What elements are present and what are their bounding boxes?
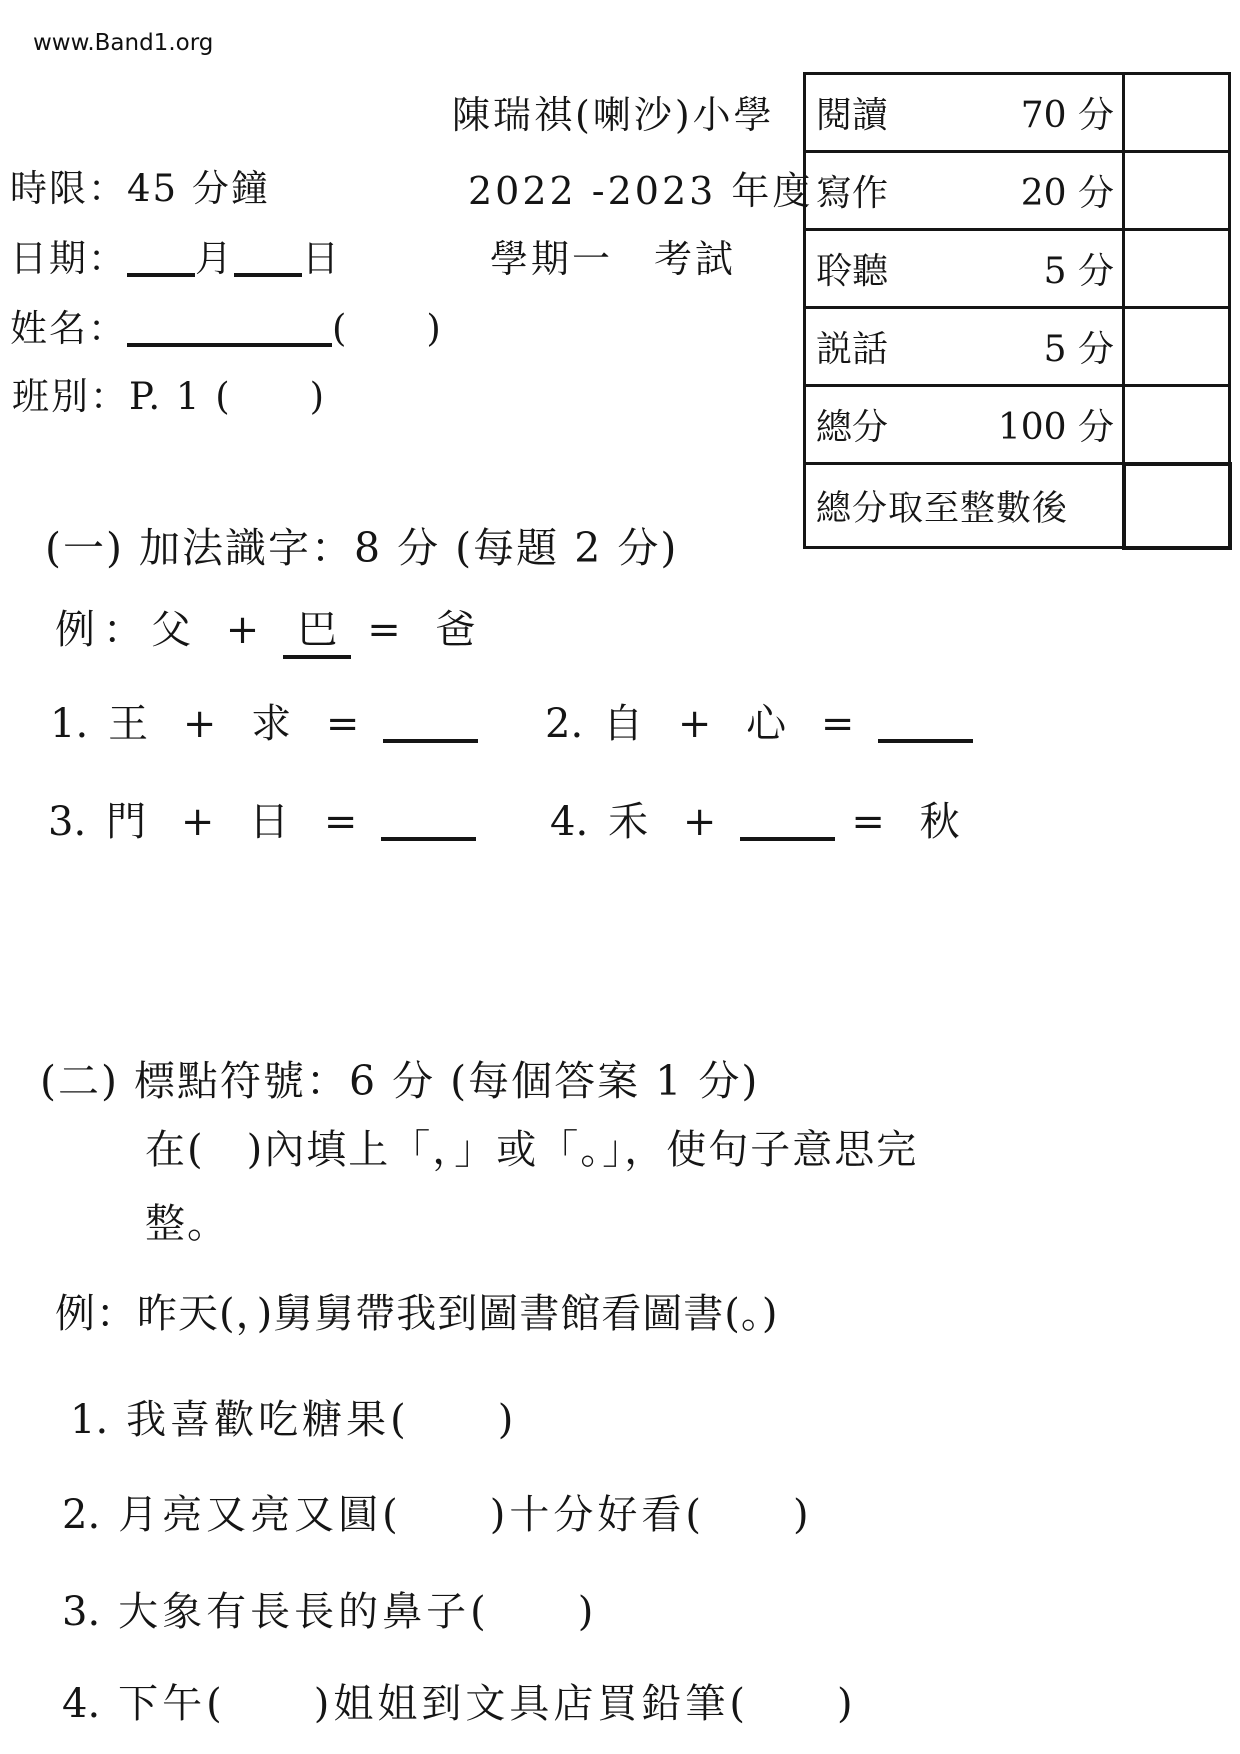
date-line: 日期：月日 — [10, 228, 341, 282]
section2-instruction-line2: 整。 — [145, 1192, 229, 1249]
score-max: 20 分 — [1021, 165, 1114, 216]
answer-blank — [740, 801, 835, 841]
score-max: 5 分 — [1044, 243, 1114, 294]
example-answer: 巴 — [297, 607, 337, 653]
score-footer-row: 總分取至整數後 — [805, 464, 1230, 548]
name-label: 姓名： — [10, 307, 127, 350]
score-table: 閱讀 70 分 寫作 20 分 聆聽 5 分 説話 5 分 — [803, 72, 1232, 550]
s2-question-2: 2.月亮又亮又圓( )十分好看( ) — [62, 1483, 813, 1540]
score-max: 5 分 — [1044, 321, 1114, 372]
question-text: 大象有長長的鼻子( ) — [118, 1589, 597, 1635]
school-year: 2022 -2023 年度 — [468, 160, 813, 215]
term-exam: 學期一 考試 — [490, 228, 736, 283]
score-label: 閱讀 — [816, 87, 888, 138]
score-entry-box — [1124, 152, 1230, 230]
score-row-writing: 寫作 20 分 — [805, 152, 1230, 230]
date-label: 日期： — [10, 237, 127, 280]
question-text: 禾 + — [608, 799, 724, 845]
rounded-total-box — [1124, 464, 1230, 548]
question-number: 2. — [62, 1492, 100, 1538]
score-entry-box — [1124, 308, 1230, 386]
school-name: 陳瑞祺(喇沙)小學 — [452, 84, 775, 139]
score-row-reading: 閱讀 70 分 — [805, 74, 1230, 152]
score-label: 説話 — [816, 321, 888, 372]
s1-question-4: 4.禾 += 秋 — [550, 790, 968, 847]
score-label: 聆聽 — [816, 243, 888, 294]
answer-blank — [383, 703, 478, 743]
example-post: = 爸 — [367, 607, 483, 653]
score-entry-box — [1124, 74, 1230, 152]
question-number: 3. — [48, 799, 86, 845]
score-row-total: 總分 100 分 — [805, 386, 1230, 464]
s2-question-3: 3.大象有長長的鼻子( ) — [62, 1580, 597, 1637]
example-pre: 例：父 + — [55, 607, 267, 653]
section2-instruction-line1: 在( )內填上「，」或「。」，使句子意思完 — [145, 1118, 918, 1175]
score-row-listening: 聆聽 5 分 — [805, 230, 1230, 308]
score-label: 總分 — [816, 399, 888, 450]
date-month-label: 月 — [195, 237, 234, 280]
s2-question-4: 4.下午( )姐姐到文具店買鉛筆( ) — [62, 1672, 857, 1729]
section2-heading: (二) 標點符號：6 分 (每個答案 1 分) — [40, 1048, 759, 1107]
question-number: 1. — [50, 701, 88, 747]
score-max: 70 分 — [1021, 87, 1114, 138]
date-month-blank — [127, 237, 195, 277]
score-max: 100 分 — [998, 399, 1114, 450]
example-answer-blank: 巴 — [283, 598, 351, 659]
question-text: 下午( )姐姐到文具店買鉛筆( ) — [118, 1681, 856, 1727]
name-line: 姓名：( ) — [10, 298, 443, 352]
name-paren: ( ) — [332, 307, 443, 350]
question-number: 4. — [62, 1681, 100, 1727]
s1-question-2: 2.自 + 心 = — [545, 692, 989, 749]
date-day-label: 日 — [302, 237, 341, 280]
date-day-blank — [234, 237, 302, 277]
score-entry-box — [1124, 230, 1230, 308]
s1-question-1: 1.王 + 求 = — [50, 692, 494, 749]
question-text: 門 + 日 = — [106, 799, 365, 845]
class-line: 班別：P. 1 ( ) — [12, 366, 326, 420]
time-limit-line: 時限：45 分鐘 — [10, 158, 270, 212]
question-number: 3. — [62, 1589, 100, 1635]
question-number: 1. — [70, 1397, 108, 1443]
question-text: 我喜歡吃糖果( ) — [126, 1397, 517, 1443]
question-number: 2. — [545, 701, 583, 747]
score-footer-label: 總分取至整數後 — [805, 464, 1124, 548]
answer-blank — [381, 801, 476, 841]
answer-blank — [878, 703, 973, 743]
score-entry-box — [1124, 386, 1230, 464]
question-text: 王 + 求 = — [108, 701, 367, 747]
s1-question-3: 3.門 + 日 = — [48, 790, 492, 847]
question-text: 自 + 心 = — [603, 701, 862, 747]
section1-heading: (一) 加法識字：8 分 (每題 2 分) — [45, 515, 678, 574]
question-text: 月亮又亮又圓( )十分好看( ) — [118, 1492, 812, 1538]
score-row-speaking: 説話 5 分 — [805, 308, 1230, 386]
name-blank — [127, 307, 332, 347]
watermark: www.Band1.org — [33, 30, 213, 56]
section2-example: 例：昨天(，)舅舅帶我到圖書館看圖書(。) — [55, 1282, 778, 1339]
s2-question-1: 1.我喜歡吃糖果( ) — [70, 1388, 517, 1445]
section1-example: 例：父 +巴= 爸 — [55, 598, 483, 659]
question-text-after: = 秋 — [851, 799, 967, 845]
exam-paper-page: www.Band1.org 時限：45 分鐘 日期：月日 姓名：( ) 班別：P… — [0, 0, 1240, 1754]
score-label: 寫作 — [816, 165, 888, 216]
question-number: 4. — [550, 799, 588, 845]
